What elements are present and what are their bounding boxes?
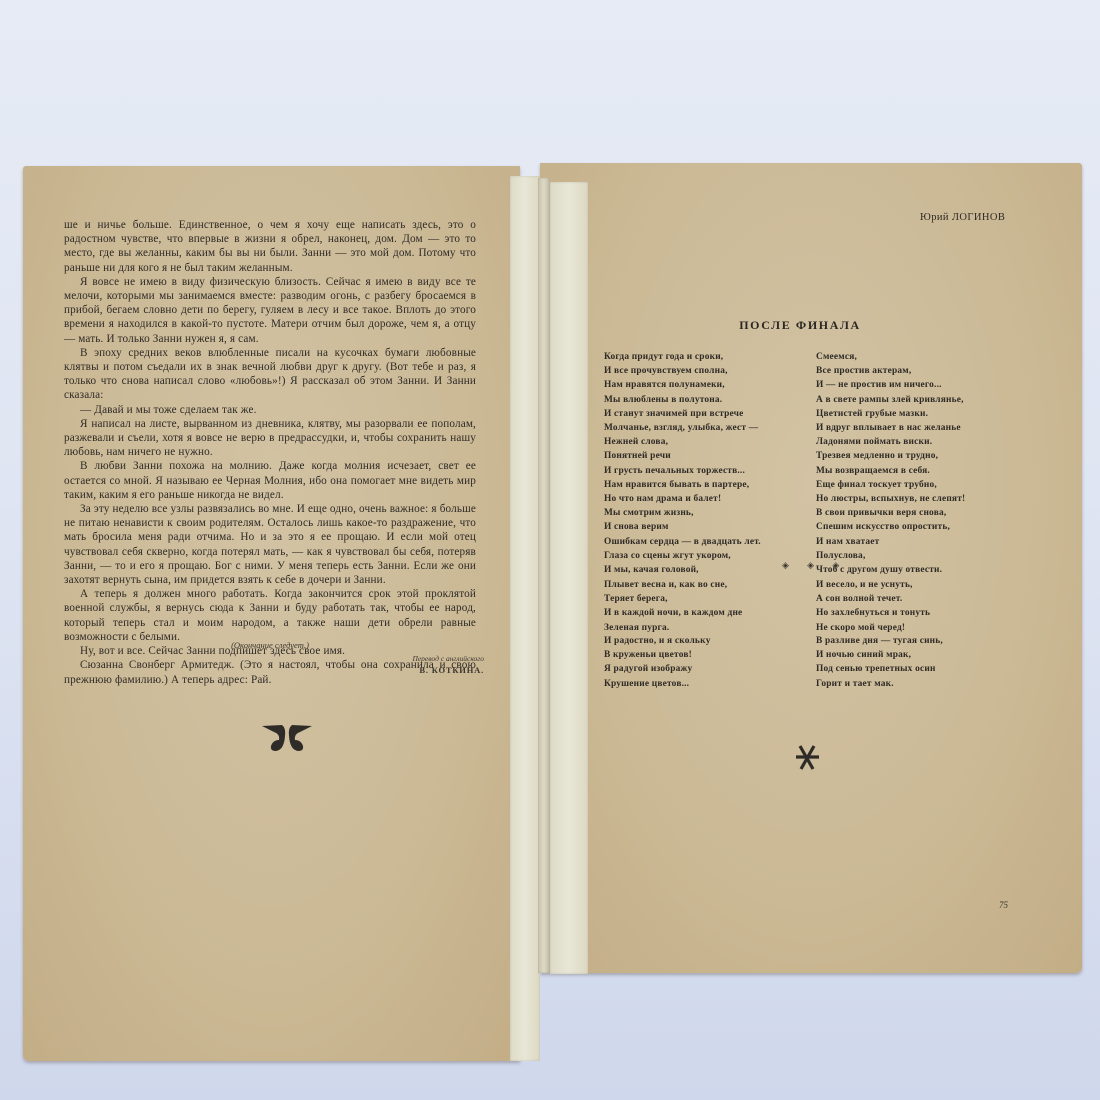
verse-line: А в свете рампы злей кривлянье, (816, 393, 965, 407)
verse-line: В свои привычки веря снова, (816, 506, 965, 520)
verse-line: Горит и тает мак. (816, 677, 943, 691)
verse-line: Нам нравятся полунамеки, (604, 378, 761, 392)
stanza-right-3: В разливе дня — тугая синь,И ночью синий… (816, 634, 943, 691)
verse-line: Еще финал тоскует трубно, (816, 478, 965, 492)
verse-line: И весело, и не уснуть, (816, 578, 930, 592)
verse-line: Мы влюблены в полутона. (604, 393, 761, 407)
verse-line: И грусть печальных торжеств... (604, 464, 761, 478)
translation-note: Перевод с английского (412, 654, 484, 663)
to-be-continued-note: (Окончание следует.) (64, 640, 476, 650)
verse-line: Но захлебнуться и тонуть (816, 606, 930, 620)
verse-line: Глаза со сцены жгут укором, (604, 549, 761, 563)
verse-line: И все прочувствуем сполна, (604, 364, 761, 378)
verse-line: Я радугой изображу (604, 662, 711, 676)
verse-line: И снова верим (604, 520, 761, 534)
paragraph: ше и ничье больше. Единственное, о чем я… (64, 218, 476, 275)
stanza-left-2: Плывет весна и, как во сне,Теряет берега… (604, 578, 742, 635)
verse-line: И в каждой ночи, в каждом дне (604, 606, 742, 620)
verse-line: Когда придут года и сроки, (604, 350, 761, 364)
page-number: 75 (999, 900, 1008, 910)
verse-line: Трезвея медленно и трудно, (816, 449, 965, 463)
verse-line: Но люстры, вспыхнув, не слепят! (816, 492, 965, 506)
verse-line: И — не простив им ничего... (816, 378, 965, 392)
verse-line: Теряет берега, (604, 592, 742, 606)
fleuron-ornament-icon (260, 722, 314, 756)
asterisk-ornament-icon (792, 742, 822, 772)
verse-line: Ладонями поймать виски. (816, 435, 965, 449)
verse-line: Под сенью трепетных осин (816, 662, 943, 676)
stanza-right-2: И весело, и не уснуть,А сон волной течет… (816, 578, 930, 635)
verse-line: И вдруг вплывает в нас желанье (816, 421, 965, 435)
verse-line: И мы, качая головой, (604, 563, 761, 577)
translator-name: В. КОТКИНА. (412, 665, 484, 675)
binding-tape-right (550, 182, 588, 974)
verse-line: И нам хватает (816, 535, 965, 549)
verse-line: Смеемся, (816, 350, 965, 364)
paragraph: Я написал на листе, вырванном из дневник… (64, 417, 476, 460)
stanza-left-3: И радостно, и я сколькyВ круженьи цветов… (604, 634, 711, 691)
verse-line: Не скоро мой черед! (816, 621, 930, 635)
verse-line: Цветистей грубые мазки. (816, 407, 965, 421)
verse-line: И ночью синий мрак, (816, 648, 943, 662)
stanza-right-1: Смеемся,Все простив актерам,И — не прост… (816, 350, 965, 577)
verse-line: Зеленая пурга. (604, 621, 742, 635)
verse-line: В круженьи цветов! (604, 648, 711, 662)
verse-line: В разливе дня — тугая синь, (816, 634, 943, 648)
poem-title: ПОСЛЕ ФИНАЛА (700, 318, 900, 333)
binding-gutter (538, 178, 550, 973)
story-text: ше и ничье больше. Единственное, о чем я… (64, 218, 476, 687)
paragraph: — Давай и мы тоже сделаем так же. (64, 403, 476, 417)
verse-line: Мы возвращаемся в себя. (816, 464, 965, 478)
stanza-left-1: Когда придут года и сроки,И все прочувст… (604, 350, 761, 577)
verse-line: А сон волной течет. (816, 592, 930, 606)
verse-line: Мы смотрим жизнь, (604, 506, 761, 520)
verse-line: Молчанье, взгляд, улыбка, жест — (604, 421, 761, 435)
paragraph: В любви Занни похожа на молнию. Даже ког… (64, 459, 476, 502)
verse-line: Нежней слова, (604, 435, 761, 449)
verse-line: Все простив актерам, (816, 364, 965, 378)
verse-line: И радостно, и я сколькy (604, 634, 711, 648)
paragraph: В эпоху средних веков влюбленные писали … (64, 346, 476, 403)
paragraph: За эту неделю все узлы развязались во мн… (64, 502, 476, 587)
paragraph: А теперь я должен много работать. Когда … (64, 587, 476, 644)
translator-credit: Перевод с английского В. КОТКИНА. (412, 654, 484, 675)
verse-line: Понятней речи (604, 449, 761, 463)
verse-line: И станут значимей при встрече (604, 407, 761, 421)
verse-line: Спешим искусство опростить, (816, 520, 965, 534)
verse-line: Но что нам драма и балет! (604, 492, 761, 506)
binding-tape-left (510, 176, 540, 1061)
verse-line: Нам нравится бывать в партере, (604, 478, 761, 492)
verse-line: Крушение цветов... (604, 677, 711, 691)
section-divider: ◈ ◈ ◈ (782, 560, 847, 571)
paragraph: Я вовсе не имею в виду физическую близос… (64, 275, 476, 346)
verse-line: Плывет весна и, как во сне, (604, 578, 742, 592)
verse-line: Ошибкам сердца — в двадцать лет. (604, 535, 761, 549)
author-name: Юрий ЛОГИНОВ (920, 212, 1005, 223)
